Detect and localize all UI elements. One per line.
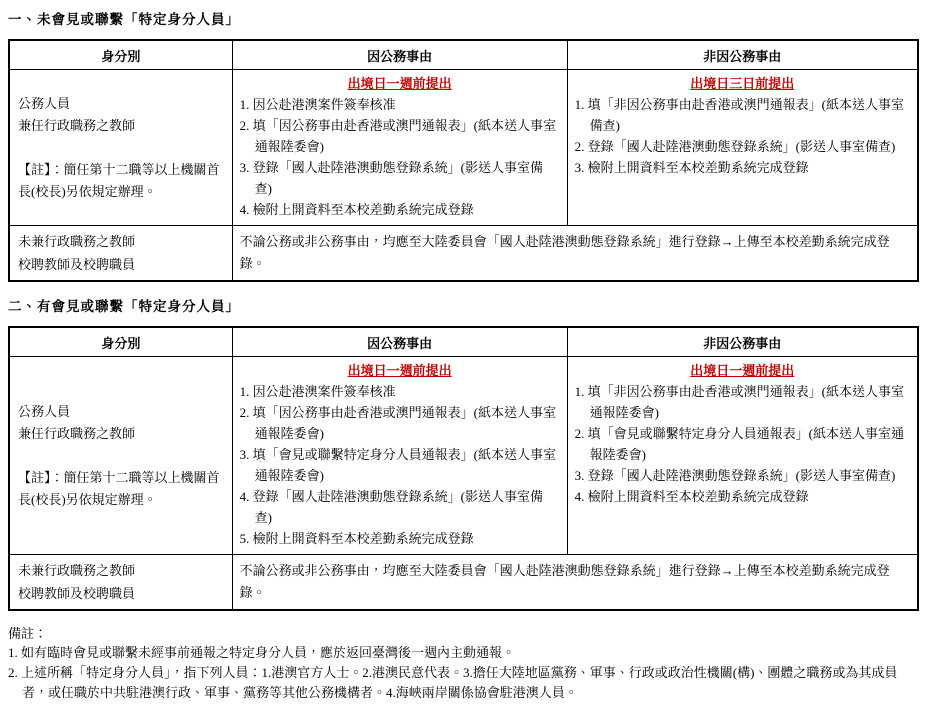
table-header-row: 身分別 因公務事由 非因公務事由 xyxy=(9,40,918,70)
list-item: 4. 檢附上開資料至本校差勤系統完成登錄 xyxy=(575,486,910,507)
header-official: 因公務事由 xyxy=(232,40,567,70)
identity-cell: 公務人員兼任行政職務之教師 【註】：簡任第十二職等以上機關首長(校長)另依規定辦… xyxy=(9,357,232,555)
list-item: 校聘教師及校聘職員 xyxy=(18,582,224,605)
official-steps: 1. 因公赴港澳案件簽奉核准2. 填「因公務事由赴香港或澳門通報表」(紙本送人事… xyxy=(240,381,560,549)
official-steps: 1. 因公赴港澳案件簽奉核准2. 填「因公務事由赴香港或澳門通報表」(紙本送人事… xyxy=(240,94,560,220)
identity-lines: 未兼行政職務之教師校聘教師及校聘職員 xyxy=(18,230,224,276)
merged-rule-text: 不論公務或非公務事由，均應至大陸委員會「國人赴陸港澳動態登錄系統」進行登錄→上傳… xyxy=(240,229,910,275)
list-item: 2. 登錄「國人赴陸港澳動態登錄系統」(影送人事室備查) xyxy=(575,136,910,157)
merged-rule-cell: 不論公務或非公務事由，均應至大陸委員會「國人赴陸港澳動態登錄系統」進行登錄→上傳… xyxy=(232,555,918,611)
table-row: 未兼行政職務之教師校聘教師及校聘職員 不論公務或非公務事由，均應至大陸委員會「國… xyxy=(9,226,918,282)
list-item: 4. 檢附上開資料至本校差勤系統完成登錄 xyxy=(240,199,560,220)
list-item: 2. 填「會見或聯繫特定身分人員通報表」(紙本送人事室通報陸委會) xyxy=(575,423,910,465)
notes-label: 備註： xyxy=(8,624,919,643)
list-item: 未兼行政職務之教師 xyxy=(18,559,224,582)
nonofficial-cell: 出境日一週前提出 1. 填「非因公務事由赴香港或澳門通報表」(紙本送人事室通報陸… xyxy=(567,357,918,555)
nonofficial-steps: 1. 填「非因公務事由赴香港或澳門通報表」(紙本送人事室通報陸委會)2. 填「會… xyxy=(575,381,910,507)
document-page: { "colors": { "accent_red": "#C00000", "… xyxy=(0,0,927,707)
header-identity: 身分別 xyxy=(9,327,232,357)
nonofficial-deadline: 出境日三日前提出 xyxy=(690,76,794,91)
identity-note: 【註】：簡任第十二職等以上機關首長(校長)另依規定辦理。 xyxy=(18,159,224,203)
header-identity: 身分別 xyxy=(9,40,232,70)
header-nonofficial: 非因公務事由 xyxy=(567,40,918,70)
section1-table: 身分別 因公務事由 非因公務事由 公務人員兼任行政職務之教師 【註】：簡任第十二… xyxy=(8,39,919,282)
list-item: 3. 登錄「國人赴陸港澳動態登錄系統」(影送人事室備查) xyxy=(575,465,910,486)
list-item: 2. 填「因公務事由赴香港或澳門通報表」(紙本送人事室通報陸委會) xyxy=(240,402,560,444)
list-item: 公務人員 xyxy=(18,401,224,423)
official-deadline: 出境日一週前提出 xyxy=(348,76,452,91)
list-item: 3. 登錄「國人赴陸港澳動態登錄系統」(影送人事室備查) xyxy=(240,157,560,199)
list-item: 2. 上述所稱「特定身分人員」，指下列人員：1.港澳官方人士。2.港澳民意代表。… xyxy=(8,663,919,703)
list-item: 3. 檢附上開資料至本校差勤系統完成登錄 xyxy=(575,157,910,178)
list-item: 1. 如有臨時會見或聯繫未經事前通報之特定身分人員，應於返回臺灣後一週內主動通報… xyxy=(8,643,919,663)
list-item: 公務人員 xyxy=(18,93,224,115)
header-official: 因公務事由 xyxy=(232,327,567,357)
identity-lines: 公務人員兼任行政職務之教師 xyxy=(18,401,224,445)
list-item: 1. 因公赴港澳案件簽奉核准 xyxy=(240,94,560,115)
list-item: 4. 登錄「國人赴陸港澳動態登錄系統」(影送人事室備查) xyxy=(240,486,560,528)
list-item: 1. 因公赴港澳案件簽奉核准 xyxy=(240,381,560,402)
official-cell: 出境日一週前提出 1. 因公赴港澳案件簽奉核准2. 填「因公務事由赴香港或澳門通… xyxy=(232,70,567,226)
official-deadline: 出境日一週前提出 xyxy=(348,363,452,378)
list-item: 3. 填「會見或聯繫特定身分人員通報表」(紙本送人事室通報陸委會) xyxy=(240,444,560,486)
table-header-row: 身分別 因公務事由 非因公務事由 xyxy=(9,327,918,357)
list-item: 校聘教師及校聘職員 xyxy=(18,253,224,276)
identity-cell: 未兼行政職務之教師校聘教師及校聘職員 xyxy=(9,555,232,611)
table-row: 公務人員兼任行政職務之教師 【註】：簡任第十二職等以上機關首長(校長)另依規定辦… xyxy=(9,357,918,555)
section2-table: 身分別 因公務事由 非因公務事由 公務人員兼任行政職務之教師 【註】：簡任第十二… xyxy=(8,326,919,611)
section2-title: 二、有會見或聯繫「特定身分人員」 xyxy=(8,295,919,315)
header-nonofficial: 非因公務事由 xyxy=(567,327,918,357)
identity-cell: 未兼行政職務之教師校聘教師及校聘職員 xyxy=(9,226,232,282)
nonofficial-steps: 1. 填「非因公務事由赴香港或澳門通報表」(紙本送人事室備查)2. 登錄「國人赴… xyxy=(575,94,910,178)
nonofficial-cell: 出境日三日前提出 1. 填「非因公務事由赴香港或澳門通報表」(紙本送人事室備查)… xyxy=(567,70,918,226)
list-item: 兼任行政職務之教師 xyxy=(18,115,224,137)
list-item: 5. 檢附上開資料至本校差勤系統完成登錄 xyxy=(240,528,560,549)
list-item: 兼任行政職務之教師 xyxy=(18,423,224,445)
list-item: 2. 填「因公務事由赴香港或澳門通報表」(紙本送人事室通報陸委會) xyxy=(240,115,560,157)
identity-cell: 公務人員兼任行政職務之教師 【註】：簡任第十二職等以上機關首長(校長)另依規定辦… xyxy=(9,70,232,226)
notes-list: 1. 如有臨時會見或聯繫未經事前通報之特定身分人員，應於返回臺灣後一週內主動通報… xyxy=(8,643,919,703)
identity-lines: 未兼行政職務之教師校聘教師及校聘職員 xyxy=(18,559,224,605)
list-item: 1. 填「非因公務事由赴香港或澳門通報表」(紙本送人事室通報陸委會) xyxy=(575,381,910,423)
table-row: 公務人員兼任行政職務之教師 【註】：簡任第十二職等以上機關首長(校長)另依規定辦… xyxy=(9,70,918,226)
list-item: 1. 填「非因公務事由赴香港或澳門通報表」(紙本送人事室備查) xyxy=(575,94,910,136)
table-row: 未兼行政職務之教師校聘教師及校聘職員 不論公務或非公務事由，均應至大陸委員會「國… xyxy=(9,555,918,611)
official-cell: 出境日一週前提出 1. 因公赴港澳案件簽奉核准2. 填「因公務事由赴香港或澳門通… xyxy=(232,357,567,555)
list-item: 未兼行政職務之教師 xyxy=(18,230,224,253)
notes-section: 備註： 1. 如有臨時會見或聯繫未經事前通報之特定身分人員，應於返回臺灣後一週內… xyxy=(8,624,919,703)
identity-lines: 公務人員兼任行政職務之教師 xyxy=(18,93,224,137)
merged-rule-cell: 不論公務或非公務事由，均應至大陸委員會「國人赴陸港澳動態登錄系統」進行登錄→上傳… xyxy=(232,226,918,282)
identity-note: 【註】：簡任第十二職等以上機關首長(校長)另依規定辦理。 xyxy=(18,467,224,511)
section1-title: 一、未會見或聯繫「特定身分人員」 xyxy=(8,8,919,28)
nonofficial-deadline: 出境日一週前提出 xyxy=(690,363,794,378)
merged-rule-text: 不論公務或非公務事由，均應至大陸委員會「國人赴陸港澳動態登錄系統」進行登錄→上傳… xyxy=(240,558,910,604)
